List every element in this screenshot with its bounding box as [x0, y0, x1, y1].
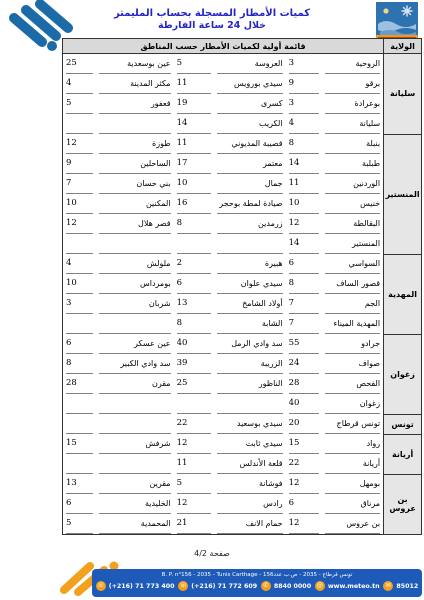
rain-value-cell: 8 [174, 314, 214, 334]
rainfall-table-body: سليانةالروحية3العروسة5عين بوسعدية25برقو9… [63, 54, 422, 535]
table-row: أريانة22قلعة الأندلس11 [63, 454, 422, 474]
contact-item: @www.meteo.tn [315, 581, 380, 591]
wilaya-cell: بن عروس [384, 474, 422, 535]
table-row: الفحص28الناظور25مقرن28 [63, 374, 422, 394]
rainfall-table: الولاية قائمة أولية لكميات الأمطار حسب ا… [62, 38, 422, 535]
rain-value-cell: 5 [63, 94, 96, 114]
station-name-cell: فوشانة [214, 474, 286, 494]
station-name-cell: البقالطة [322, 214, 384, 234]
table-row: تونستونس قرطاج20سيدي بوسعيد22 [63, 414, 422, 434]
rain-value-cell: 10 [63, 274, 96, 294]
wilaya-column-header: الولاية [384, 39, 422, 54]
station-name-cell: جرادو [322, 334, 384, 354]
table-row: المنستير14 [63, 234, 422, 254]
rain-value-cell: 9 [63, 154, 96, 174]
station-name-cell: الكريب [214, 114, 286, 134]
table-row: زغوانجرادو55سد وادي الرمل40عين عسكر6 [63, 334, 422, 354]
station-name-cell: ملولش [96, 254, 174, 274]
station-name-cell: عين بوسعدية [96, 54, 174, 75]
table-row: سليانة4الكريب14 [63, 114, 422, 134]
document-title: كميات الأمطار المسجلة بحساب المليمتر خلا… [60, 7, 364, 32]
table-row: المنستيربنبلة8قصيبة المديوني11طوزة12 [63, 134, 422, 154]
rain-value-cell: 3 [286, 94, 322, 114]
globe-icon: @ [315, 581, 325, 591]
station-name-cell: الناظور [214, 374, 286, 394]
station-name-cell: سد وادي الكبير [96, 354, 174, 374]
station-name-cell: قلعة الأندلس [214, 454, 286, 474]
wilaya-cell: سليانة [384, 54, 422, 135]
table-row: طبلبة14معتمر17الساحلين9 [63, 154, 422, 174]
station-name-cell: الروحية [322, 54, 384, 75]
station-name-cell: عين عسكر [96, 334, 174, 354]
station-name-cell: مكثر المدينة [96, 74, 174, 94]
station-name-cell: المنستير [322, 234, 384, 254]
title-line-2: خلال 24 ساعة الفارطة [60, 20, 364, 32]
contact-text: 8840 0000 [274, 583, 311, 590]
rain-value-cell: 5 [174, 54, 214, 75]
rain-value-cell: 15 [63, 434, 96, 454]
rain-value-cell: 10 [286, 194, 322, 214]
rain-value-cell [174, 234, 214, 254]
station-name-cell: طوزة [96, 134, 174, 154]
station-name-cell: مقرين [96, 474, 174, 494]
contact-item: ✆8840 0000 [261, 581, 311, 591]
rain-value-cell: 12 [286, 474, 322, 494]
contact-item: ✉85012 [383, 581, 418, 591]
table-header-row: الولاية قائمة أولية لكميات الأمطار حسب ا… [63, 39, 422, 54]
station-name-cell: رادس [214, 494, 286, 514]
station-name-cell: بن عروس [322, 514, 384, 535]
contact-text: (+216) 71 773 400 [109, 583, 175, 590]
station-name-cell: شرفش [96, 434, 174, 454]
station-name-cell: الشابة [214, 314, 286, 334]
rain-value-cell: 11 [286, 174, 322, 194]
rain-value-cell: 3 [286, 54, 322, 75]
rain-value-cell: 6 [286, 494, 322, 514]
table-row: صواف24الزريبة39سد وادي الكبير8 [63, 354, 422, 374]
station-name-cell: الزريبة [214, 354, 286, 374]
rain-value-cell: 22 [286, 454, 322, 474]
rain-value-cell: 8 [174, 214, 214, 234]
table-row: البقالطة12زرمدين8قصر هلال12 [63, 214, 422, 234]
rain-value-cell: 7 [286, 294, 322, 314]
rain-value-cell: 6 [63, 334, 96, 354]
wilaya-cell: تونس [384, 414, 422, 434]
rain-value-cell: 4 [63, 74, 96, 94]
rain-value-cell: 25 [63, 54, 96, 75]
rain-value-cell [63, 394, 96, 414]
contact-text: www.meteo.tn [328, 583, 380, 590]
rain-value-cell: 12 [286, 214, 322, 234]
station-name-cell: تونس قرطاج [322, 414, 384, 434]
table-row: سليانةالروحية3العروسة5عين بوسعدية25 [63, 54, 422, 75]
rain-value-cell: 22 [174, 414, 214, 434]
station-name-cell [96, 314, 174, 334]
rain-value-cell: 5 [174, 474, 214, 494]
station-name-cell: سيدي ثابت [214, 434, 286, 454]
rain-value-cell: 14 [174, 114, 214, 134]
rain-value-cell: 20 [286, 414, 322, 434]
rain-value-cell: 12 [174, 494, 214, 514]
station-name-cell: صواف [322, 354, 384, 374]
rain-value-cell: 55 [286, 334, 322, 354]
rain-value-cell [63, 234, 96, 254]
station-name-cell: المكنين [96, 194, 174, 214]
rain-value-cell: 14 [286, 154, 322, 174]
rain-value-cell: 8 [286, 134, 322, 154]
station-name-cell [96, 114, 174, 134]
station-name-cell: رواد [322, 434, 384, 454]
rain-value-cell: 13 [63, 474, 96, 494]
station-name-cell: أولاد الشامخ [214, 294, 286, 314]
rain-value-cell: 3 [63, 294, 96, 314]
station-name-cell: بنبلة [322, 134, 384, 154]
rain-value-cell: 13 [174, 294, 214, 314]
rain-value-cell: 19 [174, 94, 214, 114]
station-name-cell: برقو [322, 74, 384, 94]
station-name-cell: الخليدية [96, 494, 174, 514]
rain-value-cell: 12 [174, 434, 214, 454]
rain-value-cell: 25 [174, 374, 214, 394]
station-name-cell: أريانة [322, 454, 384, 474]
station-name-cell: بومهل [322, 474, 384, 494]
contact-text: 85012 [396, 583, 418, 590]
rain-value-cell: 4 [286, 114, 322, 134]
station-name-cell: زغوان [322, 394, 384, 414]
rain-value-cell [63, 454, 96, 474]
table-row: قصور الساف8سيدي علوان6بومرداس10 [63, 274, 422, 294]
rain-value-cell: 40 [174, 334, 214, 354]
station-name-cell [214, 234, 286, 254]
contact-item: ☏(+216) 71 773 400 [96, 581, 175, 591]
station-name-cell: زرمدين [214, 214, 286, 234]
rain-value-cell: 8 [63, 354, 96, 374]
contact-text: (+216) 71 772 609 [191, 583, 257, 590]
rain-value-cell: 12 [63, 214, 96, 234]
rain-value-cell [174, 394, 214, 414]
station-name-cell: كسرى [214, 94, 286, 114]
table-row: زغوان40 [63, 394, 422, 414]
station-name-cell: هبيرة [214, 254, 286, 274]
rain-value-cell [63, 314, 96, 334]
rain-value-cell: 28 [286, 374, 322, 394]
document-page: كميات الأمطار المسجلة بحساب المليمتر خلا… [0, 0, 424, 600]
station-name-cell: الوردنين [322, 174, 384, 194]
footer-contacts: ☏(+216) 71 773 400☏(+216) 71 772 609✆884… [92, 581, 422, 591]
station-name-cell: الفحص [322, 374, 384, 394]
rain-value-cell: 17 [174, 154, 214, 174]
title-line-1: كميات الأمطار المسجلة بحساب المليمتر [60, 7, 364, 20]
station-name-cell [96, 394, 174, 414]
table-title-header: قائمة أولية لكميات الأمطار حسب المناطق [63, 39, 384, 54]
rain-value-cell: 5 [63, 514, 96, 535]
table-row: أريانةرواد15سيدي ثابت12شرفش15 [63, 434, 422, 454]
rain-value-cell: 6 [174, 274, 214, 294]
contact-item: ☏(+216) 71 772 609 [178, 581, 257, 591]
station-name-cell: قصيبة المديوني [214, 134, 286, 154]
rain-value-cell: 15 [286, 434, 322, 454]
fax-icon: ☏ [96, 581, 106, 591]
station-name-cell: سيدي علوان [214, 274, 286, 294]
rain-value-cell: 6 [286, 254, 322, 274]
rain-value-cell: 11 [174, 74, 214, 94]
table-row: المهديةالسواسي6هبيرة2ملولش4 [63, 254, 422, 274]
station-name-cell: المهدية الميناء [322, 314, 384, 334]
rain-value-cell: 24 [286, 354, 322, 374]
station-name-cell: خنيس [322, 194, 384, 214]
wilaya-cell: المنستير [384, 134, 422, 254]
station-name-cell: شربان [96, 294, 174, 314]
station-name-cell: الجم [322, 294, 384, 314]
station-name-cell: بني حسان [96, 174, 174, 194]
rain-value-cell: 12 [286, 514, 322, 535]
rain-value-cell: 11 [174, 134, 214, 154]
rain-value-cell: 2 [174, 254, 214, 274]
station-name-cell: سليانة [322, 114, 384, 134]
station-name-cell: السواسي [322, 254, 384, 274]
station-name-cell: سيدي بورويس [214, 74, 286, 94]
table-row: بن عروس12حمام الانف21المحمدية5 [63, 514, 422, 535]
station-name-cell: طبلبة [322, 154, 384, 174]
rain-value-cell [63, 114, 96, 134]
station-name-cell: جمال [214, 174, 286, 194]
station-name-cell: المحمدية [96, 514, 174, 535]
footer-address: B. P. n°156 - 2035 - Tunis Carthage - تو… [92, 572, 422, 579]
rain-value-cell: 7 [286, 314, 322, 334]
rain-value-cell [63, 414, 96, 434]
station-name-cell: بوعرادة [322, 94, 384, 114]
table-row: بوعرادة3كسرى19قعفور5 [63, 94, 422, 114]
table-row: المهدية الميناء7الشابة8 [63, 314, 422, 334]
rain-value-cell: 11 [174, 454, 214, 474]
rain-value-cell: 4 [63, 254, 96, 274]
station-name-cell: سيدي بوسعيد [214, 414, 286, 434]
rain-value-cell: 28 [63, 374, 96, 394]
station-name-cell: قصر هلال [96, 214, 174, 234]
table-row: الجم7أولاد الشامخ13شربان3 [63, 294, 422, 314]
rain-value-cell: 8 [286, 274, 322, 294]
station-name-cell [214, 394, 286, 414]
table-row: مرناق6رادس12الخليدية6 [63, 494, 422, 514]
rain-value-cell: 40 [286, 394, 322, 414]
rain-value-cell: 12 [63, 134, 96, 154]
rain-value-cell: 21 [174, 514, 214, 535]
table-row: بن عروسبومهل12فوشانة5مقرين13 [63, 474, 422, 494]
station-name-cell: حمام الانف [214, 514, 286, 535]
table-row: الوردنين11جمال10بني حسان7 [63, 174, 422, 194]
wilaya-cell: زغوان [384, 334, 422, 414]
station-name-cell: العروسة [214, 54, 286, 75]
rain-value-cell: 10 [63, 194, 96, 214]
station-name-cell: سد وادي الرمل [214, 334, 286, 354]
wilaya-cell: أريانة [384, 434, 422, 474]
station-name-cell: قصور الساف [322, 274, 384, 294]
rain-value-cell: 10 [174, 174, 214, 194]
station-name-cell [96, 454, 174, 474]
rain-value-cell: 9 [286, 74, 322, 94]
rain-value-cell: 39 [174, 354, 214, 374]
station-name-cell [96, 234, 174, 254]
footer-bar: B. P. n°156 - 2035 - Tunis Carthage - تو… [92, 569, 422, 597]
station-name-cell: صيادة لمطة بوحجر [214, 194, 286, 214]
station-name-cell: مقرن [96, 374, 174, 394]
rain-value-cell: 7 [63, 174, 96, 194]
station-name-cell: بومرداس [96, 274, 174, 294]
station-name-cell [96, 414, 174, 434]
rain-value-cell: 6 [63, 494, 96, 514]
fax-icon: ☏ [178, 581, 188, 591]
station-name-cell: الساحلين [96, 154, 174, 174]
sms-icon: ✉ [383, 581, 393, 591]
table-row: برقو9سيدي بورويس11مكثر المدينة4 [63, 74, 422, 94]
rain-value-cell: 14 [286, 234, 322, 254]
station-name-cell: مرناق [322, 494, 384, 514]
wilaya-cell: المهدية [384, 254, 422, 334]
phone-icon: ✆ [261, 581, 271, 591]
table-row: خنيس10صيادة لمطة بوحجر16المكنين10 [63, 194, 422, 214]
station-name-cell: قعفور [96, 94, 174, 114]
station-name-cell: معتمر [214, 154, 286, 174]
rain-value-cell: 16 [174, 194, 214, 214]
